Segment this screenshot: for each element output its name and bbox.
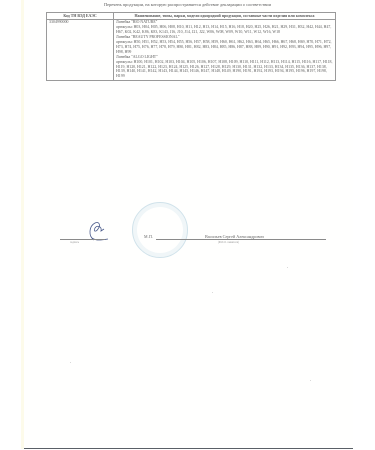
name-line bbox=[156, 239, 326, 240]
article-list: артикулы: H03, H04, H05, H06, H08, H10, … bbox=[116, 25, 333, 35]
product-table: Код ТН ВЭД ЕАЭС Наименование, типы, марк… bbox=[46, 12, 336, 81]
column-header-description: Наименование, типы, марки, модели одноро… bbox=[114, 13, 336, 20]
scan-speck bbox=[70, 362, 71, 363]
article-list: артикулы: H50, H51, H52, H53, H54, H55, … bbox=[116, 40, 333, 55]
stamp-label: М.П. bbox=[144, 234, 153, 239]
article-list: артикулы: H100, H101, H102, H103, H104, … bbox=[116, 60, 333, 80]
hs-code-cell: 3304990000 bbox=[47, 19, 114, 80]
scan-speck bbox=[287, 267, 288, 268]
signature-block: подпись М.П. Васильев Сергей Александров… bbox=[60, 200, 340, 250]
table-header-row: Код ТН ВЭД ЕАЭС Наименование, типы, марк… bbox=[47, 13, 336, 20]
scan-speck bbox=[212, 292, 213, 293]
scan-speck bbox=[310, 380, 311, 381]
official-stamp-icon bbox=[132, 202, 188, 258]
signature-caption: подпись bbox=[70, 241, 79, 244]
description-cell: Линейка "BIO NATURE" артикулы: H03, H04,… bbox=[114, 19, 336, 80]
table-row: 3304990000 Линейка "BIO NATURE" артикулы… bbox=[47, 19, 336, 80]
signer-name: Васильев Сергей Александрович bbox=[205, 234, 264, 239]
column-header-code: Код ТН ВЭД ЕАЭС bbox=[47, 13, 114, 20]
document-title: Перечень продукции, на которую распростр… bbox=[0, 2, 375, 7]
signature-line bbox=[60, 239, 105, 240]
name-caption: (Ф.И.О. заявителя) bbox=[218, 241, 239, 244]
